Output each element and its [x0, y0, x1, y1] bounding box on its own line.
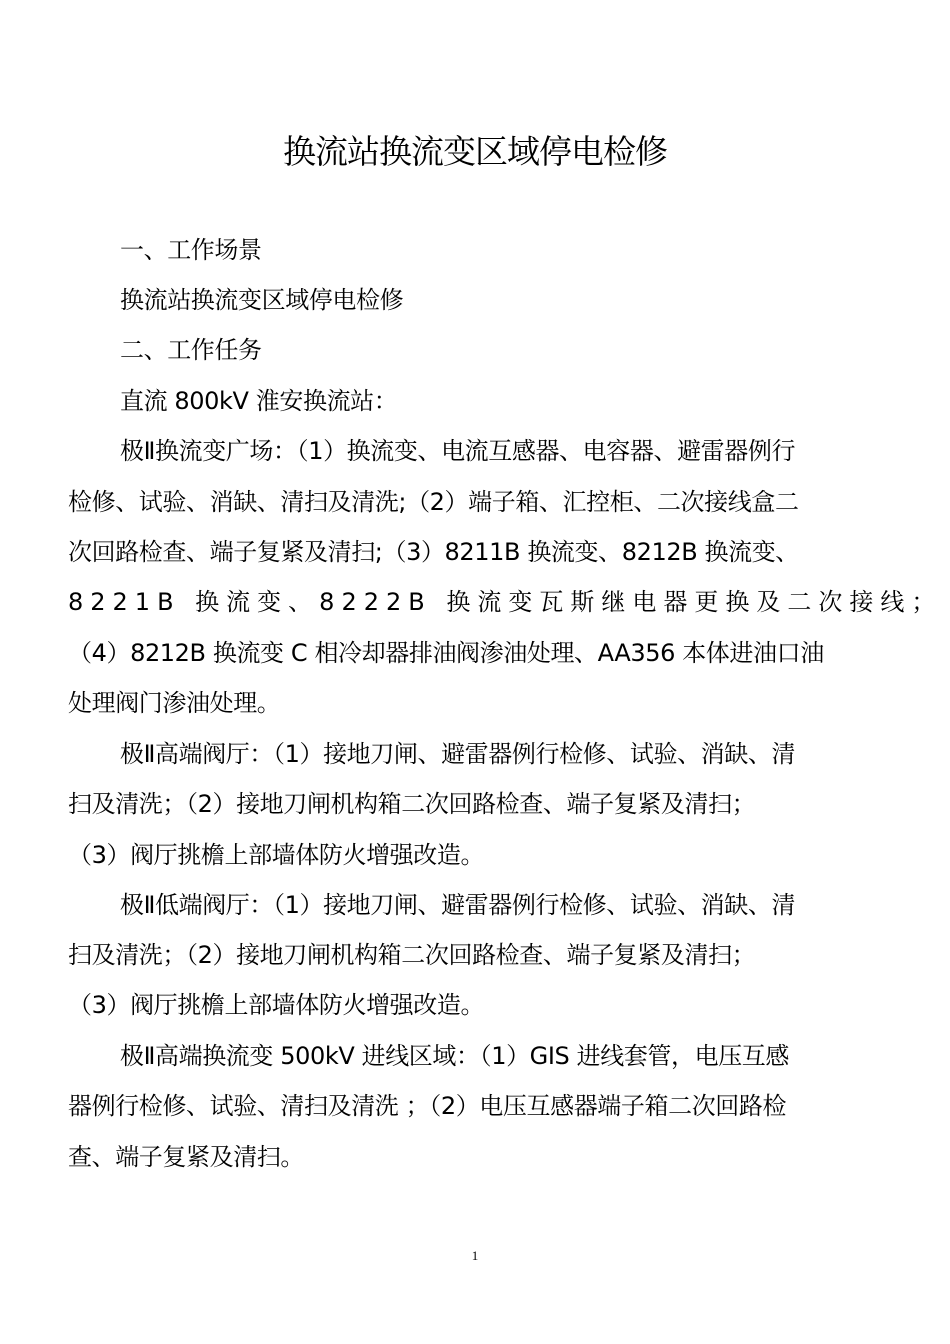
section-heading-tasks: 二、工作任务 — [120, 333, 940, 367]
document-title: 换流站换流变区域停电检修 — [0, 128, 950, 176]
paragraph-line: （4）8212B 换流变 C 相冷却器排油阀渗油处理、AA356 本体进油口油 — [68, 636, 888, 670]
paragraph-line: （3）阀厅挑檐上部墙体防火增强改造。 — [68, 838, 888, 872]
paragraph-line: 器例行检修、试验、清扫及清洗 ；（2）电压互感器端子箱二次回路检 — [68, 1089, 888, 1123]
paragraph-line: 极Ⅱ高端换流变 500kV 进线区域：（1）GIS 进线套管，电压互感 — [120, 1039, 940, 1073]
paragraph-line: 检修、试验、消缺、清扫及清洗;（2）端子箱、汇控柜、二次接线盒二 — [68, 485, 888, 519]
paragraph-line: 8221B 换流变、8222B 换流变瓦斯继电器更换及二次接线； — [68, 585, 888, 619]
paragraph-line: 扫及清洗；（2）接地刀闸机构箱二次回路检查、端子复紧及清扫； — [68, 938, 888, 972]
paragraph-line: （3）阀厅挑檐上部墙体防火增强改造。 — [68, 988, 888, 1022]
document-page: 换流站换流变区域停电检修 一、工作场景 换流站换流变区域停电检修 二、工作任务 … — [0, 0, 950, 1344]
paragraph-line: 次回路检查、端子复紧及清扫;（3）8211B 换流变、8212B 换流变、 — [68, 535, 888, 569]
station-name: 直流 800kV 淮安换流站： — [120, 384, 940, 418]
paragraph-line: 扫及清洗；（2）接地刀闸机构箱二次回路检查、端子复紧及清扫； — [68, 787, 888, 821]
section-heading-scenario: 一、工作场景 — [120, 233, 940, 267]
paragraph-line: 极Ⅱ换流变广场：（1）换流变、电流互感器、电容器、避雷器例行 — [120, 434, 940, 468]
paragraph-line: 极Ⅱ高端阀厅：（1）接地刀闸、避雷器例行检修、试验、消缺、清 — [120, 737, 940, 771]
paragraph-line: 处理阀门渗油处理。 — [68, 686, 888, 720]
paragraph-line: 极Ⅱ低端阀厅：（1）接地刀闸、避雷器例行检修、试验、消缺、清 — [120, 888, 940, 922]
page-number: 1 — [0, 1248, 950, 1264]
scenario-text: 换流站换流变区域停电检修 — [120, 283, 940, 317]
paragraph-line: 查、端子复紧及清扫。 — [68, 1140, 888, 1174]
